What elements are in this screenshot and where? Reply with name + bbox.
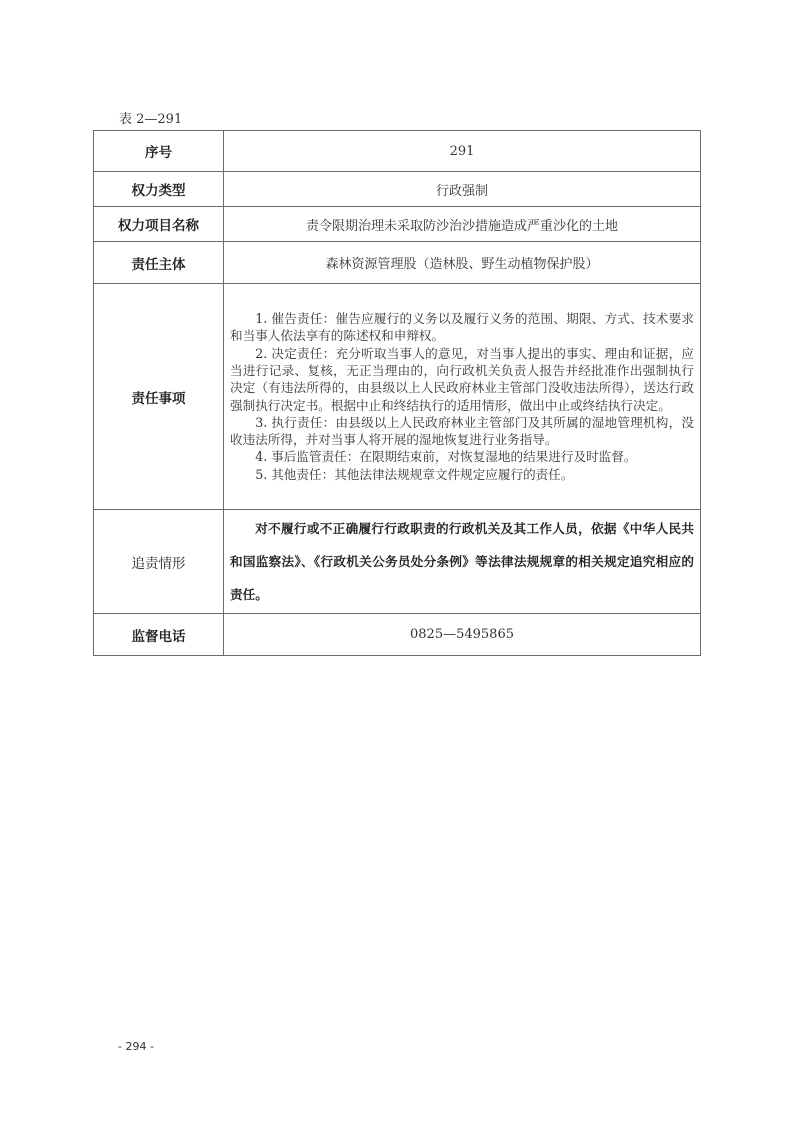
table-row-power-type: 权力类型 行政强制: [94, 172, 701, 207]
supervision-phone: 0825—5495865: [224, 614, 701, 656]
table-row-duties: 责任事项 1. 催告责任：催告应履行的义务以及履行义务的范围、期限、方式、技术要…: [94, 284, 701, 510]
accountability-text: 对不履行或不正确履行行政职责的行政机关及其工作人员，依据《中华人民共和国监察法》…: [230, 512, 694, 611]
power-item-name: 责令限期治理未采取防沙治沙措施造成严重沙化的土地: [224, 207, 701, 242]
duties-list: 1. 催告责任：催告应履行的义务以及履行义务的范围、期限、方式、技术要求和当事人…: [224, 284, 701, 510]
table-caption: 表 2—291: [119, 108, 182, 127]
duty-item: 1. 催告责任：催告应履行的义务以及履行义务的范围、期限、方式、技术要求和当事人…: [230, 310, 694, 345]
power-responsibility-table: 序号 291 权力类型 行政强制 权力项目名称 责令限期治理未采取防沙治沙措施造…: [93, 130, 701, 656]
table-row-serial: 序号 291: [94, 131, 701, 172]
row-label: 追责情形: [94, 510, 224, 614]
row-label: 监督电话: [94, 614, 224, 656]
duty-item: 5. 其他责任：其他法律法规规章文件规定应履行的责任。: [230, 466, 694, 483]
table-row-responsible-body: 责任主体 森林资源管理股（造林股、野生动植物保护股）: [94, 242, 701, 284]
table-row-item-name: 权力项目名称 责令限期治理未采取防沙治沙措施造成严重沙化的土地: [94, 207, 701, 242]
responsible-body: 森林资源管理股（造林股、野生动植物保护股）: [224, 242, 701, 284]
row-label: 权力项目名称: [94, 207, 224, 242]
power-type: 行政强制: [224, 172, 701, 207]
duty-item: 4. 事后监管责任：在限期结束前，对恢复湿地的结果进行及时监督。: [230, 448, 694, 465]
row-label: 责任事项: [94, 284, 224, 510]
page-number: - 294 -: [118, 1040, 154, 1053]
serial-number: 291: [224, 131, 701, 172]
table-row-accountability: 追责情形 对不履行或不正确履行行政职责的行政机关及其工作人员，依据《中华人民共和…: [94, 510, 701, 614]
table-row-phone: 监督电话 0825—5495865: [94, 614, 701, 656]
row-label: 序号: [94, 131, 224, 172]
row-label: 责任主体: [94, 242, 224, 284]
accountability-text-cell: 对不履行或不正确履行行政职责的行政机关及其工作人员，依据《中华人民共和国监察法》…: [224, 510, 701, 614]
row-label: 权力类型: [94, 172, 224, 207]
duty-item: 2. 决定责任：充分听取当事人的意见，对当事人提出的事实、理由和证据，应当进行记…: [230, 345, 694, 414]
duty-item: 3. 执行责任：由县级以上人民政府林业主管部门及其所属的湿地管理机构，没收违法所…: [230, 414, 694, 449]
